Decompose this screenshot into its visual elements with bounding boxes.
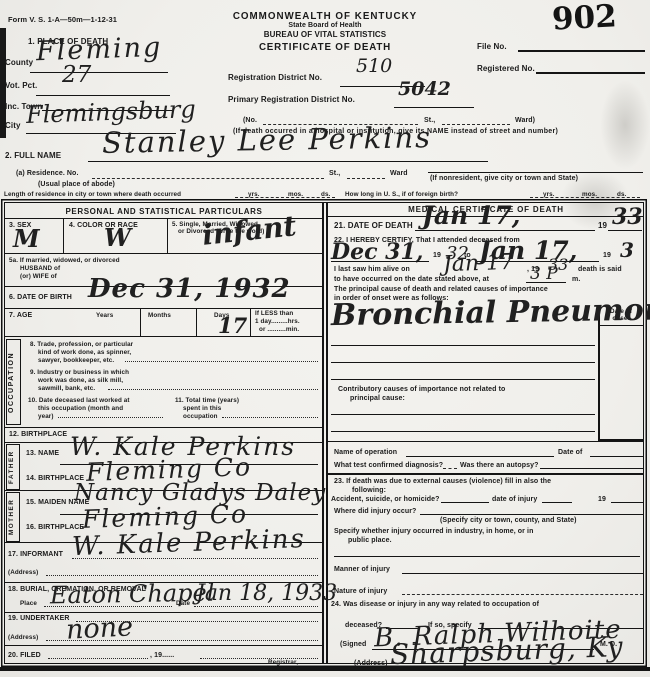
last-saw-label: I last saw him alive on (334, 266, 410, 274)
informant-value: W. Kale Perkins (72, 526, 307, 560)
registrar-label: Registrar, (268, 659, 298, 667)
undertaker-label: 19. UNDERTAKER (8, 615, 70, 623)
specify-line1: Specify whether injury occurred in indus… (334, 528, 533, 536)
ruled-line (331, 431, 595, 432)
residence-label: (a) Residence. No. (16, 170, 78, 178)
cell-divider (250, 308, 251, 336)
less-than-line1: If LESS than (255, 310, 293, 318)
field-line (388, 666, 633, 667)
physician-address-value: Sharpsburg, Ky (390, 633, 624, 669)
m-label: m. (572, 276, 580, 284)
file-no-label: File No. (477, 42, 507, 52)
bureau-heading: BUREAU OF VITAL STATISTICS (200, 30, 450, 40)
death-certificate-scan: { "doc": { "form_code": "Form V. S. 1-A—… (0, 0, 650, 677)
specify-line2: public place. (348, 537, 392, 545)
dob-value: Dec 31, 1932 (88, 276, 291, 302)
full-name-label: 2. FULL NAME (5, 151, 61, 161)
field-line (125, 361, 318, 362)
undertaker-address-label: (Address) (8, 634, 38, 642)
bottom-scan-line (0, 667, 650, 671)
nonresident-note: (If nonresident, give city or town and S… (430, 175, 578, 183)
sex-value: M (13, 227, 40, 251)
field-line (58, 417, 163, 418)
residence-ward-label: Ward (390, 170, 408, 178)
item10-line1: 10. Date deceased last worked at (28, 397, 130, 405)
field-line (611, 502, 643, 503)
item9-line2: work was done, as silk mill, (38, 377, 123, 385)
injury-19-label: 19 (598, 496, 606, 504)
certificate-title: CERTIFICATE OF DEATH (200, 42, 450, 54)
field-line (347, 178, 385, 179)
field-line (406, 456, 554, 457)
section-line (4, 308, 322, 309)
field-line (88, 161, 488, 162)
ruled-line (331, 345, 595, 346)
age-years-label: Years (96, 312, 113, 320)
field-line (526, 282, 566, 283)
where-injury-note: (Specify city or town, county, and State… (440, 517, 577, 525)
occupation-vertical-label: OCCUPATION (8, 341, 16, 423)
section-line (4, 645, 322, 646)
item9-line3: sawmill, bank, etc. (38, 385, 95, 393)
field-line (222, 417, 318, 418)
burial-place-label: Place (20, 600, 37, 608)
contributory-line2: principal cause: (350, 395, 405, 403)
filed-label: 20. FILED (8, 652, 41, 660)
item10-line2: this occupation (month and (38, 405, 123, 413)
scan-smudge (600, 80, 650, 170)
accident-label: Accident, suicide, or homicide? (331, 496, 440, 504)
cell-divider (140, 308, 141, 336)
cell-divider (196, 308, 197, 336)
registered-no-label: Registered No. (477, 64, 535, 74)
cell-divider (63, 218, 64, 253)
item24-line1: 24. Was disease or injury in any way rel… (331, 601, 539, 609)
informant-address-label: (Address) (8, 569, 38, 577)
field-line (48, 658, 148, 659)
vot-pct-label: Vot. Pct. (5, 81, 37, 91)
field-line (92, 178, 324, 179)
form-code: Form V. S. 1-A—50m—1-12-31 (8, 15, 117, 24)
ruled-line (331, 379, 595, 380)
section-line (327, 441, 644, 442)
field-line (108, 389, 318, 390)
field-line (442, 124, 510, 125)
less-than-line2: 1 day.........hrs. (255, 318, 300, 326)
field-line (608, 230, 642, 231)
field-line (518, 50, 645, 52)
item11-line1: 11. Total time (years) (175, 397, 239, 405)
last-saw-value: Jan 17 (443, 252, 515, 276)
field-line (540, 468, 643, 469)
occurred-label: to have occurred on the date stated abov… (334, 276, 489, 284)
to-19-label: 19 (603, 252, 611, 260)
father-name-label: 13. NAME (26, 450, 59, 458)
abode-note: (Usual place of abode) (38, 181, 115, 189)
primary-district-label: Primary Registration District No. (228, 95, 355, 105)
from-19-label: 19 (433, 252, 441, 260)
field-line (428, 172, 643, 173)
field-line (72, 558, 318, 559)
death-is-said-label: death is said (578, 266, 622, 274)
county-label: County (5, 58, 33, 68)
where-injury-label: Where did injury occur? (334, 508, 416, 516)
injury-date-label: date of injury (492, 496, 537, 504)
to-year-value: 3 (620, 240, 634, 260)
item5a-line2: HUSBAND of (20, 265, 60, 273)
field-line (590, 456, 643, 457)
item5a-line1: 5a. If married, widowed, or divorced (9, 257, 120, 265)
field-line (443, 468, 457, 469)
section-line (327, 473, 644, 475)
city-value: Flemingsburg (26, 97, 196, 127)
registration-district-label: Registration District No. (228, 73, 322, 83)
date-of-death-label: 21. DATE OF DEATH (334, 221, 413, 231)
informant-label: 17. INFORMANT (8, 551, 63, 559)
field-line (46, 575, 318, 576)
age-label: 7. AGE (9, 312, 32, 320)
field-line (46, 640, 318, 641)
ruled-line (331, 414, 595, 415)
field-line (441, 502, 489, 503)
manner-of-injury-label: Manner of injury (334, 566, 390, 574)
field-line (200, 658, 318, 659)
field-line (30, 72, 168, 73)
field-line (415, 230, 595, 231)
cause-of-death-value: Bronchial Pneumonia (331, 295, 650, 331)
age-months-label: Months (148, 312, 171, 320)
attended-from-value: Dec 31, (331, 241, 423, 263)
city-label: City (5, 121, 21, 131)
filed-year-label: , 19...... (150, 652, 174, 660)
field-line (402, 573, 643, 574)
item10-line3: year) (38, 413, 54, 421)
operation-date-label: Date of (558, 449, 582, 457)
field-line (530, 197, 640, 198)
section-line (4, 612, 322, 613)
section-line (4, 253, 322, 254)
operation-label: Name of operation (334, 449, 397, 457)
test-label: What test confirmed diagnosis? (334, 462, 443, 470)
nature-of-injury-label: Nature of injury (334, 588, 387, 596)
birthplace-label: 12. BIRTHPLACE (9, 431, 67, 439)
vot-pct-value: 27 (62, 64, 91, 87)
field-line (331, 261, 429, 262)
burial-date-label: Date (176, 600, 190, 608)
registration-district-value: 510 (356, 57, 392, 76)
item5a-line3: (or) WIFE of (20, 273, 57, 281)
how-long-us-label: How long in U. S., if of foreign birth? (345, 191, 458, 199)
item11-line2: spent in this (183, 405, 221, 413)
field-line (44, 606, 172, 607)
field-line (536, 72, 645, 74)
field-line (194, 606, 318, 607)
field-line (235, 197, 335, 198)
cell-divider (167, 218, 168, 253)
hour-value: 3 P (530, 266, 558, 283)
item8-line3: sawyer, bookkeeper, etc. (38, 357, 114, 365)
section-line (4, 427, 322, 428)
burial-date-value: Jan 18, 1933 (196, 583, 337, 605)
dod-year-value: 33 (612, 206, 643, 228)
item9-line1: 9. Industry or business in which (30, 369, 129, 377)
age-days-value: 17 (218, 315, 247, 336)
item23-line2: following: (352, 487, 386, 495)
residence-st-label: St., (329, 170, 340, 178)
item11-line3: occupation (183, 413, 218, 421)
county-value: Fleming (36, 34, 163, 65)
city-ward-label: Ward) (515, 117, 535, 125)
length-residence-label: Length of residence in city or town wher… (4, 191, 181, 199)
commonwealth-heading: COMMONWEALTH OF KENTUCKY (200, 11, 450, 23)
father-vertical-label: FATHER (8, 446, 16, 488)
dod-19-label: 19 (598, 221, 607, 231)
principal-cause-line1: The principal cause of death and related… (334, 286, 548, 294)
item23-line1: 23. If death was due to external causes … (334, 478, 551, 486)
primary-district-value: 5042 (398, 80, 451, 99)
autopsy-label: Was there an autopsy? (460, 462, 538, 470)
file-number-stamp: 902 (551, 0, 618, 38)
field-line (394, 107, 474, 108)
item8-line1: 8. Trade, profession, or particular (30, 341, 133, 349)
dob-label: 6. DATE OF BIRTH (9, 294, 72, 302)
paper-sheet: Form V. S. 1-A—50m—1-12-31 COMMONWEALTH … (0, 0, 650, 677)
item8-line2: kind of work done, as spinner, (38, 349, 131, 357)
section-line (4, 336, 322, 337)
ruled-line (331, 362, 595, 363)
field-line (542, 502, 572, 503)
ruled-line (334, 556, 640, 557)
less-than-line3: or ..........min. (259, 326, 299, 334)
full-name-value: Stanley Lee Perkins (102, 123, 432, 158)
signed-label: (Signed (340, 641, 366, 649)
field-line (402, 594, 643, 595)
signed-address-label: (Address) (354, 660, 388, 668)
field-line (420, 514, 643, 515)
color-race-value: W (104, 226, 131, 250)
mother-vertical-label: MOTHER (8, 494, 16, 540)
contributory-line1: Contributory causes of importance not re… (338, 386, 505, 394)
date-of-death-value: Jan 17, (422, 203, 520, 228)
